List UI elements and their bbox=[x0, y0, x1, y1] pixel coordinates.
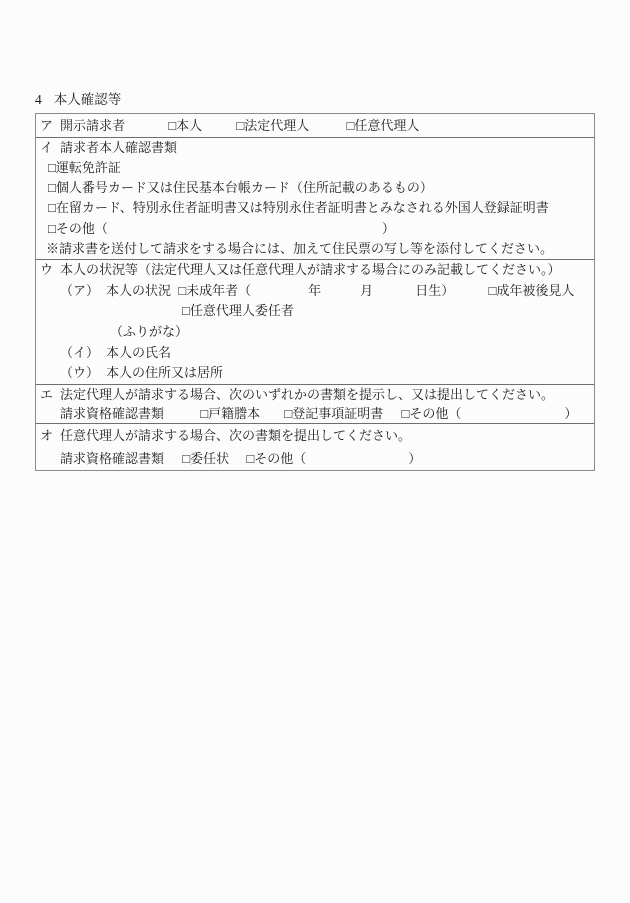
option-registry-certificate-label: 登記事項証明書 bbox=[292, 406, 383, 421]
option-other-document-close-paren: ） bbox=[382, 221, 395, 236]
section-principal-status: ウ本人の状況等（法定代理人又は任意代理人が請求する場合にのみ記載してください。）… bbox=[36, 260, 594, 385]
option-mynumber-card-label: 個人番号カード又は住民基本台帳カード（住所記載のあるもの） bbox=[56, 180, 433, 195]
principal-status-heading: 本人の状況等（法定代理人又は任意代理人が請求する場合にのみ記載してください。） bbox=[60, 262, 561, 277]
section-u-marker: ウ bbox=[40, 260, 53, 281]
checkbox-drivers-license[interactable]: □ bbox=[48, 158, 56, 178]
option-adult-ward-label: 成年被後見人 bbox=[496, 283, 574, 298]
checkbox-self[interactable]: □ bbox=[168, 114, 176, 137]
other-document-fill-area[interactable] bbox=[108, 232, 382, 233]
section-o-marker: オ bbox=[40, 424, 53, 447]
section-legal-representative-documents: エ法定代理人が請求する場合、次のいずれかの書類を提示し、又は提出してください。 … bbox=[36, 385, 594, 424]
unit-month: 月 bbox=[360, 283, 373, 298]
furigana-label: （ふりがな） bbox=[110, 324, 188, 339]
option-voluntary-delegator-label: 任意代理人委任者 bbox=[190, 303, 294, 318]
sub-u-label: （ウ） bbox=[60, 365, 99, 380]
principal-status-label: 本人の状況 bbox=[106, 283, 171, 298]
option-self-label: 本人 bbox=[176, 118, 202, 133]
page-title-number: 4 bbox=[35, 91, 42, 108]
checkbox-minor[interactable]: □ bbox=[178, 281, 186, 302]
birth-year-fill-area[interactable] bbox=[251, 294, 308, 295]
disclosure-requester-label: 開示請求者 bbox=[60, 118, 125, 133]
identity-confirmation-table: ア開示請求者 □本人 □法定代理人 □任意代理人 イ請求者本人確認書類 □運転免… bbox=[35, 113, 595, 471]
principal-address-label: 本人の住所又は居所 bbox=[106, 365, 223, 380]
mail-request-note: ※請求書を送付して請求をする場合には、加えて住民票の写し等を添付してください。 bbox=[46, 241, 553, 256]
birth-month-fill-area[interactable] bbox=[321, 294, 360, 295]
qualification-documents-label-e: 請求資格確認書類 bbox=[60, 406, 164, 421]
unit-day-born: 日生） bbox=[415, 283, 454, 298]
option-minor-label: 未成年者（ bbox=[186, 283, 251, 298]
section-disclosure-requester: ア開示請求者 □本人 □法定代理人 □任意代理人 bbox=[36, 114, 594, 138]
voluntary-representative-heading: 任意代理人が請求する場合、次の書類を提出してください。 bbox=[60, 428, 411, 443]
checkbox-voluntary-delegator[interactable]: □ bbox=[182, 301, 190, 322]
sub-i-label: （イ） bbox=[60, 345, 99, 360]
option-drivers-license-label: 運転免許証 bbox=[56, 160, 121, 175]
identity-documents-heading: 請求者本人確認書類 bbox=[60, 140, 177, 155]
option-residence-card-label: 在留カード、特別永住者証明書又は特別永住者証明書とみなされる外国人登録証明書 bbox=[56, 200, 549, 215]
birth-day-fill-area[interactable] bbox=[373, 294, 415, 295]
checkbox-koseki-tohon[interactable]: □ bbox=[200, 404, 208, 423]
option-other-document-label: その他（ bbox=[56, 221, 108, 236]
page-title-text: 本人確認等 bbox=[54, 92, 122, 107]
unit-year: 年 bbox=[308, 283, 321, 298]
option-other-qualification-o-label: その他（ bbox=[254, 451, 306, 466]
checkbox-mynumber-card[interactable]: □ bbox=[48, 178, 56, 198]
section-i-marker: イ bbox=[40, 138, 53, 158]
option-voluntary-representative-label: 任意代理人 bbox=[354, 118, 419, 133]
option-koseki-tohon-label: 戸籍謄本 bbox=[208, 406, 260, 421]
page-title: 4本人確認等 bbox=[35, 91, 121, 108]
section-voluntary-representative-documents: オ任意代理人が請求する場合、次の書類を提出してください。 請求資格確認書類 □委… bbox=[36, 424, 594, 470]
legal-representative-heading: 法定代理人が請求する場合、次のいずれかの書類を提示し、又は提出してください。 bbox=[60, 387, 554, 402]
option-other-qualification-o-close-paren: ） bbox=[408, 451, 421, 466]
sub-a-label: （ア） bbox=[60, 283, 99, 298]
checkbox-other-document[interactable]: □ bbox=[48, 219, 56, 239]
checkbox-power-of-attorney[interactable]: □ bbox=[182, 447, 190, 470]
other-qualification-o-fill-area[interactable] bbox=[306, 462, 408, 463]
option-other-qualification-e-close-paren: ） bbox=[564, 406, 577, 421]
principal-name-label: 本人の氏名 bbox=[106, 345, 171, 360]
option-legal-representative-label: 法定代理人 bbox=[244, 118, 309, 133]
section-e-marker: エ bbox=[40, 385, 53, 404]
other-qualification-e-fill-area[interactable] bbox=[461, 417, 564, 418]
section-identity-documents: イ請求者本人確認書類 □運転免許証 □個人番号カード又は住民基本台帳カード（住所… bbox=[36, 138, 594, 260]
checkbox-residence-card[interactable]: □ bbox=[48, 198, 56, 218]
option-other-qualification-e-label: その他（ bbox=[409, 406, 461, 421]
section-a-marker: ア bbox=[40, 114, 53, 137]
qualification-documents-label-o: 請求資格確認書類 bbox=[60, 451, 164, 466]
option-power-of-attorney-label: 委任状 bbox=[190, 451, 229, 466]
